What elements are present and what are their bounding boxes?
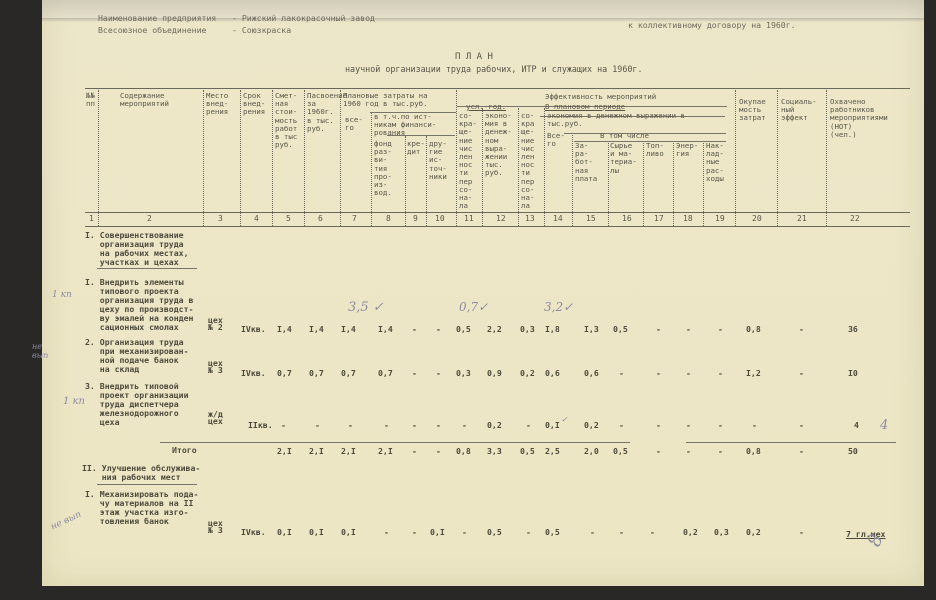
- margin-note: 1 кп: [63, 396, 85, 407]
- header-money-savings: эконо- мия в денеж- ном выра- жении тыс.…: [485, 112, 512, 178]
- header-incl: В том числе: [600, 132, 649, 140]
- col-sep: [456, 90, 457, 226]
- cell-c7: 2,I: [341, 446, 356, 456]
- col-sep: [544, 108, 545, 226]
- col-sep: [735, 90, 736, 226]
- cell-c13: 0,5: [520, 446, 535, 456]
- colnum-bottom-rule: [85, 226, 910, 227]
- cell-c10: -: [436, 446, 441, 456]
- colnum: 16: [622, 214, 632, 223]
- cell-c13: -: [526, 527, 531, 537]
- colnum: 22: [850, 214, 860, 223]
- colnum: 12: [496, 214, 506, 223]
- cell-c17: -: [656, 324, 661, 334]
- total-label: Итого: [172, 446, 197, 455]
- margin-note: 1 кп: [52, 290, 72, 300]
- cell-c14: 0,I: [545, 420, 560, 430]
- header-total-savings: Все- го: [547, 132, 565, 148]
- colnum: 14: [553, 214, 563, 223]
- cell-c5: 2,I: [277, 446, 292, 456]
- cell-c8: 0,7: [378, 368, 393, 378]
- colnum-top-rule: [85, 212, 910, 213]
- colnum: 11: [464, 214, 474, 223]
- cell-c6: -: [315, 420, 320, 430]
- header-staff-reduction-2: со- кра ще- ние чис лен нос ти пер со- н…: [521, 112, 534, 210]
- cell-c19: -: [718, 420, 723, 430]
- col-sep: [304, 90, 305, 226]
- section-title: II. Улучшение обслужива- ния рабочих мес…: [82, 464, 200, 482]
- header-staff-reduction: со- кра- ще- ние чис лен нос ти пер со- …: [459, 112, 477, 210]
- cell-c20: 0,8: [746, 324, 761, 334]
- colnum: 19: [715, 214, 725, 223]
- colnum: 4: [254, 214, 259, 223]
- cell-c18: -: [686, 420, 691, 430]
- colnum: 13: [525, 214, 535, 223]
- section-title: I. Совершенствование организация труда н…: [85, 231, 189, 267]
- header-social-effect: Социаль- ный эффект: [781, 98, 817, 123]
- cell-c10: -: [436, 420, 441, 430]
- row-term: IVкв.: [241, 368, 266, 378]
- colnum: 18: [683, 214, 693, 223]
- cell-c8: I,4: [378, 324, 393, 334]
- cell-c14: 2,5: [545, 446, 560, 456]
- cell-c17: -: [656, 368, 661, 378]
- cell-c21: -: [799, 446, 804, 456]
- col-sep: [643, 143, 644, 226]
- row-term: IVкв.: [241, 527, 266, 537]
- colnum: 9: [413, 214, 418, 223]
- cell-c10: -: [436, 368, 441, 378]
- cell-c10: -: [436, 324, 441, 334]
- header-content: Содержание мероприятий: [120, 92, 169, 108]
- colnum: 21: [797, 214, 807, 223]
- cell-c8: -: [384, 527, 389, 537]
- margin-note: не вып: [32, 342, 48, 360]
- header-overhead: Нак- лад- ные рас- ходы: [706, 142, 724, 183]
- header-plan-period: В плановом периоде: [545, 103, 625, 111]
- rule: [97, 268, 197, 269]
- plan-subtitle: научной организации труда рабочих, ИТР и…: [345, 64, 643, 74]
- col-sep: [482, 108, 483, 226]
- cell-c15: 2,0: [584, 446, 599, 456]
- header-dev-fund: фонд раз- ви- тия про- из- вод.: [374, 140, 392, 197]
- cell-c18: -: [686, 446, 691, 456]
- cell-c8: 2,I: [378, 446, 393, 456]
- col-sep: [426, 136, 427, 226]
- cell-c19: -: [718, 324, 723, 334]
- cell-c19: -: [718, 446, 723, 456]
- cell-c18: 0,2: [683, 527, 698, 537]
- cell-c20: 0,2: [746, 527, 761, 537]
- plan-title: П Л А Н: [455, 52, 493, 62]
- cell-c8: -: [384, 420, 389, 430]
- header-place: Место внед- рения: [206, 92, 228, 117]
- row-text: 3. Внедрить типовой проект организации т…: [85, 382, 189, 427]
- cell-c9: -: [412, 324, 417, 334]
- header-credit: кре- дит: [407, 140, 425, 156]
- colnum: 10: [435, 214, 445, 223]
- cell-c6: 2,I: [309, 446, 324, 456]
- association-label: Всесоюзное объединение: [98, 25, 206, 35]
- cell-c11: -: [462, 527, 467, 537]
- row-place: цех № 2: [208, 317, 223, 331]
- cell-c7: 0,7: [341, 368, 356, 378]
- colnum: 20: [752, 214, 762, 223]
- col-sep: [777, 90, 778, 226]
- cell-c12: 0,2: [487, 420, 502, 430]
- row-place: ж/д цех: [208, 411, 223, 425]
- header-sources: в т.ч.по ист- никам финанси- рования: [374, 113, 436, 138]
- cell-c22: 50: [848, 446, 858, 456]
- header-mastering: Пасвоение за 1960г. в тыс. руб.: [307, 92, 347, 133]
- cell-c18: -: [686, 368, 691, 378]
- cell-c15: -: [590, 527, 595, 537]
- row-text: 2. Организация труда при механизирован- …: [85, 338, 189, 374]
- cell-c11: -: [462, 420, 467, 430]
- header-savings-money: экономия в денежном выражении в тыс.руб.: [547, 112, 685, 128]
- col-sep: [405, 136, 406, 226]
- header-number: №№ пп: [86, 92, 95, 108]
- col-sep: [272, 90, 273, 226]
- cell-c16: -: [619, 527, 624, 537]
- cell-c12: 2,2: [487, 324, 502, 334]
- col-sep: [518, 108, 519, 226]
- header-payback: Окупае мость затрат: [739, 98, 766, 123]
- colnum: 1: [89, 214, 94, 223]
- row-place: цех № 3: [208, 360, 223, 374]
- header-total: все- го: [345, 116, 363, 132]
- header-planned-costs: Плановые затраты на 1960 год в тыс.руб.: [343, 92, 428, 108]
- colnum: 15: [586, 214, 596, 223]
- cell-c20: -: [752, 420, 757, 430]
- total-rule: [160, 442, 630, 443]
- cell-c16: -: [619, 420, 624, 430]
- handwritten-note: 3,2✓: [544, 300, 573, 314]
- cell-c5: -: [281, 420, 286, 430]
- cell-c11: 0,5: [456, 324, 471, 334]
- col-sep: [371, 113, 372, 226]
- header-covered-workers: Охвачено работников мероприятиями (НОТ) …: [830, 98, 888, 139]
- cell-c7: 0,I: [341, 527, 356, 537]
- cell-c22: I0: [848, 368, 858, 378]
- cell-c15: I,3: [584, 324, 599, 334]
- cell-c7: I,4: [341, 324, 356, 334]
- cell-c12: 0,9: [487, 368, 502, 378]
- cell-c22: 4: [854, 420, 859, 430]
- cell-c20: 0,8: [746, 446, 761, 456]
- cell-c13: -: [526, 420, 531, 430]
- cell-c22: 36: [848, 324, 858, 334]
- cell-c21: -: [799, 527, 804, 537]
- cell-c12: 0,5: [487, 527, 502, 537]
- col-sep: [240, 90, 241, 226]
- cell-c11: 0,3: [456, 368, 471, 378]
- cell-c16: 0,5: [613, 446, 628, 456]
- cell-c18: -: [686, 324, 691, 334]
- col-sep: [98, 90, 99, 226]
- cell-c9: -: [412, 446, 417, 456]
- col-sep: [608, 143, 609, 226]
- cell-c12: 3,3: [487, 446, 502, 456]
- header-estimated-cost: Смет- ная стои- мость работ в тыс руб.: [275, 92, 297, 149]
- cell-c14: I,8: [545, 324, 560, 334]
- cell-c21: -: [799, 324, 804, 334]
- header-materials: Сырье и ма- териа- лы: [610, 142, 637, 175]
- cell-c19: -: [718, 368, 723, 378]
- total-rule: [686, 442, 896, 443]
- cell-c11: 0,8: [456, 446, 471, 456]
- col-sep: [826, 90, 827, 226]
- cell-c13: 0,3: [520, 324, 535, 334]
- cell-c10: 0,I: [430, 527, 445, 537]
- check-mark-icon: ✓: [561, 415, 568, 424]
- row-place: цех № 3: [208, 520, 223, 534]
- col-sep: [703, 143, 704, 226]
- cell-c15: 0,2: [584, 420, 599, 430]
- cell-c19: 0,3: [714, 527, 729, 537]
- cell-c14: 0,6: [545, 368, 560, 378]
- collective-agreement-note: к коллективному договору на 1960г.: [628, 20, 796, 30]
- colnum: 3: [218, 214, 223, 223]
- cell-c5: I,4: [277, 324, 292, 334]
- cell-c17: -: [656, 420, 661, 430]
- enterprise-label: Наименование предприятия: [98, 13, 216, 23]
- cell-c20: I,2: [746, 368, 761, 378]
- cell-c6: I,4: [309, 324, 324, 334]
- cell-c16: -: [619, 368, 624, 378]
- colnum: 5: [286, 214, 291, 223]
- cell-c9: -: [412, 368, 417, 378]
- association-value: - Союзкраска: [232, 25, 291, 35]
- cell-c5: 0,7: [277, 368, 292, 378]
- cell-c21: -: [799, 420, 804, 430]
- colnum: 8: [386, 214, 391, 223]
- cell-c9: -: [412, 420, 417, 430]
- rule: [97, 484, 197, 485]
- cell-c17: -: [656, 446, 661, 456]
- colnum: 6: [318, 214, 323, 223]
- row-text: I. Внедрить элементы типового проекта ор…: [85, 278, 193, 332]
- cell-c7: -: [348, 420, 353, 430]
- cell-c5: 0,I: [277, 527, 292, 537]
- cell-c6: 0,I: [309, 527, 324, 537]
- colnum: 7: [352, 214, 357, 223]
- cell-c9: -: [412, 527, 417, 537]
- header-energy: Энер- гия: [676, 142, 698, 158]
- col-sep: [673, 143, 674, 226]
- handwritten-note: 3,5 ✓: [348, 300, 384, 315]
- header-other-sources: дру- гие ис- точ- ники: [429, 140, 447, 181]
- row-text: I. Механизировать пода- чу материалов на…: [85, 490, 198, 526]
- col-sep: [203, 90, 204, 226]
- cell-c13: 0,2: [520, 368, 535, 378]
- header-fuel: Топ- ливо: [646, 142, 664, 158]
- header-term: Срок внед- рения: [243, 92, 265, 117]
- handwritten-note: 0,7✓: [459, 300, 488, 314]
- cell-c16: 0,5: [613, 324, 628, 334]
- header-efficiency: Эффективность мероприятий: [545, 93, 656, 101]
- cell-c6: 0,7: [309, 368, 324, 378]
- enterprise-value: - Рижский лакокрасочный завод: [232, 13, 375, 23]
- table-top-rule: [85, 88, 910, 89]
- cell-c15: 0,6: [584, 368, 599, 378]
- cell-c17: -: [650, 527, 655, 537]
- row-term: IIкв.: [248, 420, 273, 430]
- row-term: IVкв.: [241, 324, 266, 334]
- handwritten-note: 4: [880, 418, 888, 433]
- cell-c21: -: [799, 368, 804, 378]
- header-wages: За- ра- бот- ная плата: [575, 142, 597, 183]
- colnum: 17: [654, 214, 664, 223]
- header-cond-annual: усл.-год.: [466, 103, 506, 111]
- cell-c14: 0,5: [545, 527, 560, 537]
- col-sep: [572, 135, 573, 226]
- colnum: 2: [147, 214, 152, 223]
